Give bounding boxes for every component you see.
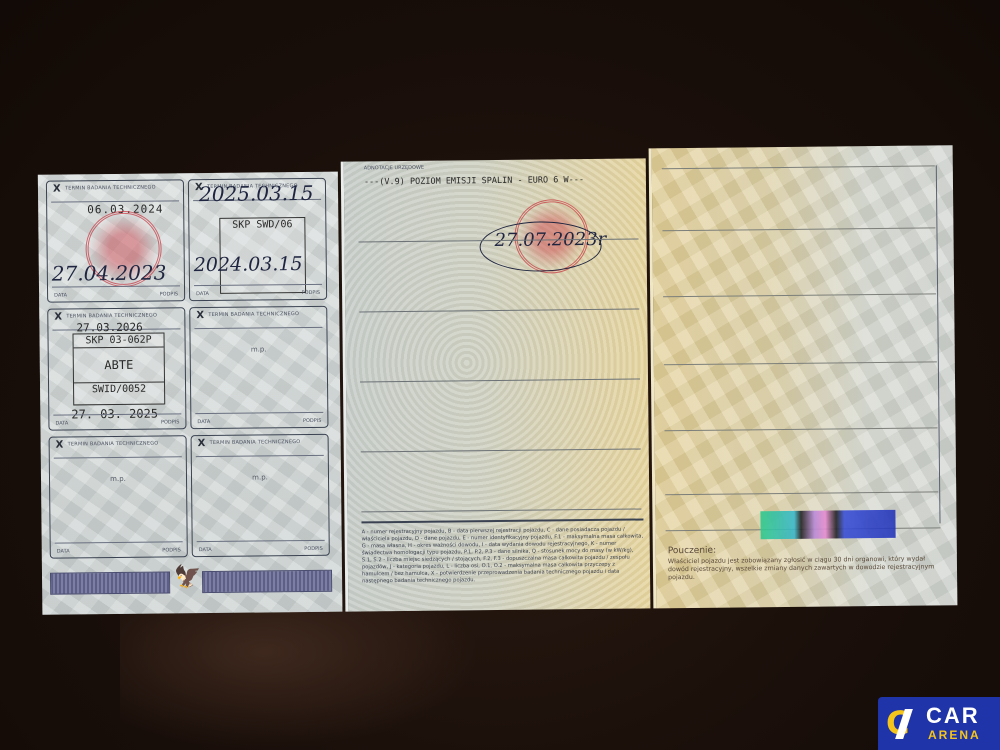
left-page: X TERMIN BADANIA TECHNICZNEGO 06.03.2024… — [38, 172, 343, 615]
inspection-box-1: X TERMIN BADANIA TECHNICZNEGO 06.03.2024… — [46, 179, 185, 302]
station-code-bottom: SWID/0052 — [74, 382, 164, 396]
instruction-title: Pouczenie: — [668, 546, 716, 557]
handwritten-date: 27.04.2023 — [52, 260, 167, 285]
security-band-right — [202, 570, 332, 593]
inspection-box-2: X TERMIN BADANIA TECHNICZNEGO 2025.03.15… — [188, 178, 327, 301]
photo-background: { "document": { "left_page": { "boxes": … — [0, 0, 1000, 750]
footer-signature-label: PODPIS — [304, 546, 323, 552]
brand-name-top: CAR — [926, 703, 980, 729]
security-hologram-icon — [760, 510, 895, 539]
right-page: Pouczenie: Właściciel pojazdu jest zobow… — [649, 145, 958, 608]
vehicle-registration-document: X TERMIN BADANIA TECHNICZNEGO 06.03.2024… — [38, 145, 958, 615]
polish-eagle-icon: 🦅 — [174, 565, 202, 590]
footer-signature-label: PODPIS — [160, 291, 179, 297]
inspection-header: TERMIN BADANIA TECHNICZNEGO — [66, 313, 157, 320]
emission-level-entry: ---(V.9) POZIOM EMISJI SPALIN - EURO 6 W… — [364, 175, 584, 187]
station-name: ABTE — [74, 347, 164, 383]
station-code: SKP 03-062P — [73, 333, 163, 348]
inspection-box-5: X TERMIN BADANIA TECHNICZNEGO m.p. DATA … — [49, 435, 188, 558]
inspection-mark: X — [56, 440, 64, 451]
handwritten-date: 2024.03.15 — [194, 253, 303, 276]
footer-data-label: DATA — [197, 419, 210, 425]
footer-signature-label: PODPIS — [303, 418, 322, 424]
mp-label: m.p. — [192, 473, 328, 482]
inspection-box-4: X TERMIN BADANIA TECHNICZNEGO m.p. DATA … — [189, 306, 328, 429]
station-stamp: SKP 03-062P ABTE SWID/0052 — [72, 332, 165, 405]
inspection-header: TERMIN BADANIA TECHNICZNEGO — [208, 311, 299, 318]
footer-signature-label: PODPIS — [302, 290, 321, 296]
inspection-box-3: X TERMIN BADANIA TECHNICZNEGO 27.03.2026… — [47, 307, 186, 430]
footer-data-label: DATA — [57, 548, 70, 554]
official-annotations-header: ADNOTACJE URZĘDOWE — [364, 165, 424, 172]
instruction-text: Właściciel pojazdu jest zobowiązany zgło… — [668, 555, 937, 582]
mp-label: m.p. — [191, 345, 327, 354]
inspection-header: TERMIN BADANIA TECHNICZNEGO — [68, 441, 159, 448]
station-code: SKP SWD/06 — [220, 218, 304, 232]
inspection-mark: X — [53, 184, 61, 195]
inspection-mark: X — [54, 312, 62, 323]
footer-signature-label: PODPIS — [161, 419, 180, 425]
footer-data-label: DATA — [196, 291, 209, 297]
field-code-legend: A - numer rejestracyjny pojazdu, B - dat… — [361, 518, 644, 585]
footer-data-label: DATA — [55, 420, 68, 426]
middle-page: ADNOTACJE URZĘDOWE ---(V.9) POZIOM EMISJ… — [341, 158, 651, 611]
footer-signature-label: PODPIS — [162, 547, 181, 553]
inspection-mark: X — [196, 310, 204, 321]
mp-label: m.p. — [50, 474, 186, 483]
inspection-mark: X — [198, 438, 206, 449]
inspection-header: TERMIN BADANIA TECHNICZNEGO — [210, 439, 301, 446]
inspection-header: TERMIN BADANIA TECHNICZNEGO — [65, 185, 156, 192]
hand-shadow — [120, 610, 480, 750]
inspection-box-6: X TERMIN BADANIA TECHNICZNEGO m.p. DATA … — [191, 434, 330, 557]
footer-data-label: DATA — [199, 547, 212, 553]
car-arena-watermark: C CAR ARENA — [878, 697, 1000, 750]
handwritten-next-date: 2025.03.15 — [199, 181, 314, 206]
footer-data-label: DATA — [54, 293, 67, 299]
security-band-left — [50, 571, 170, 594]
brand-name-bottom: ARENA — [928, 728, 981, 742]
